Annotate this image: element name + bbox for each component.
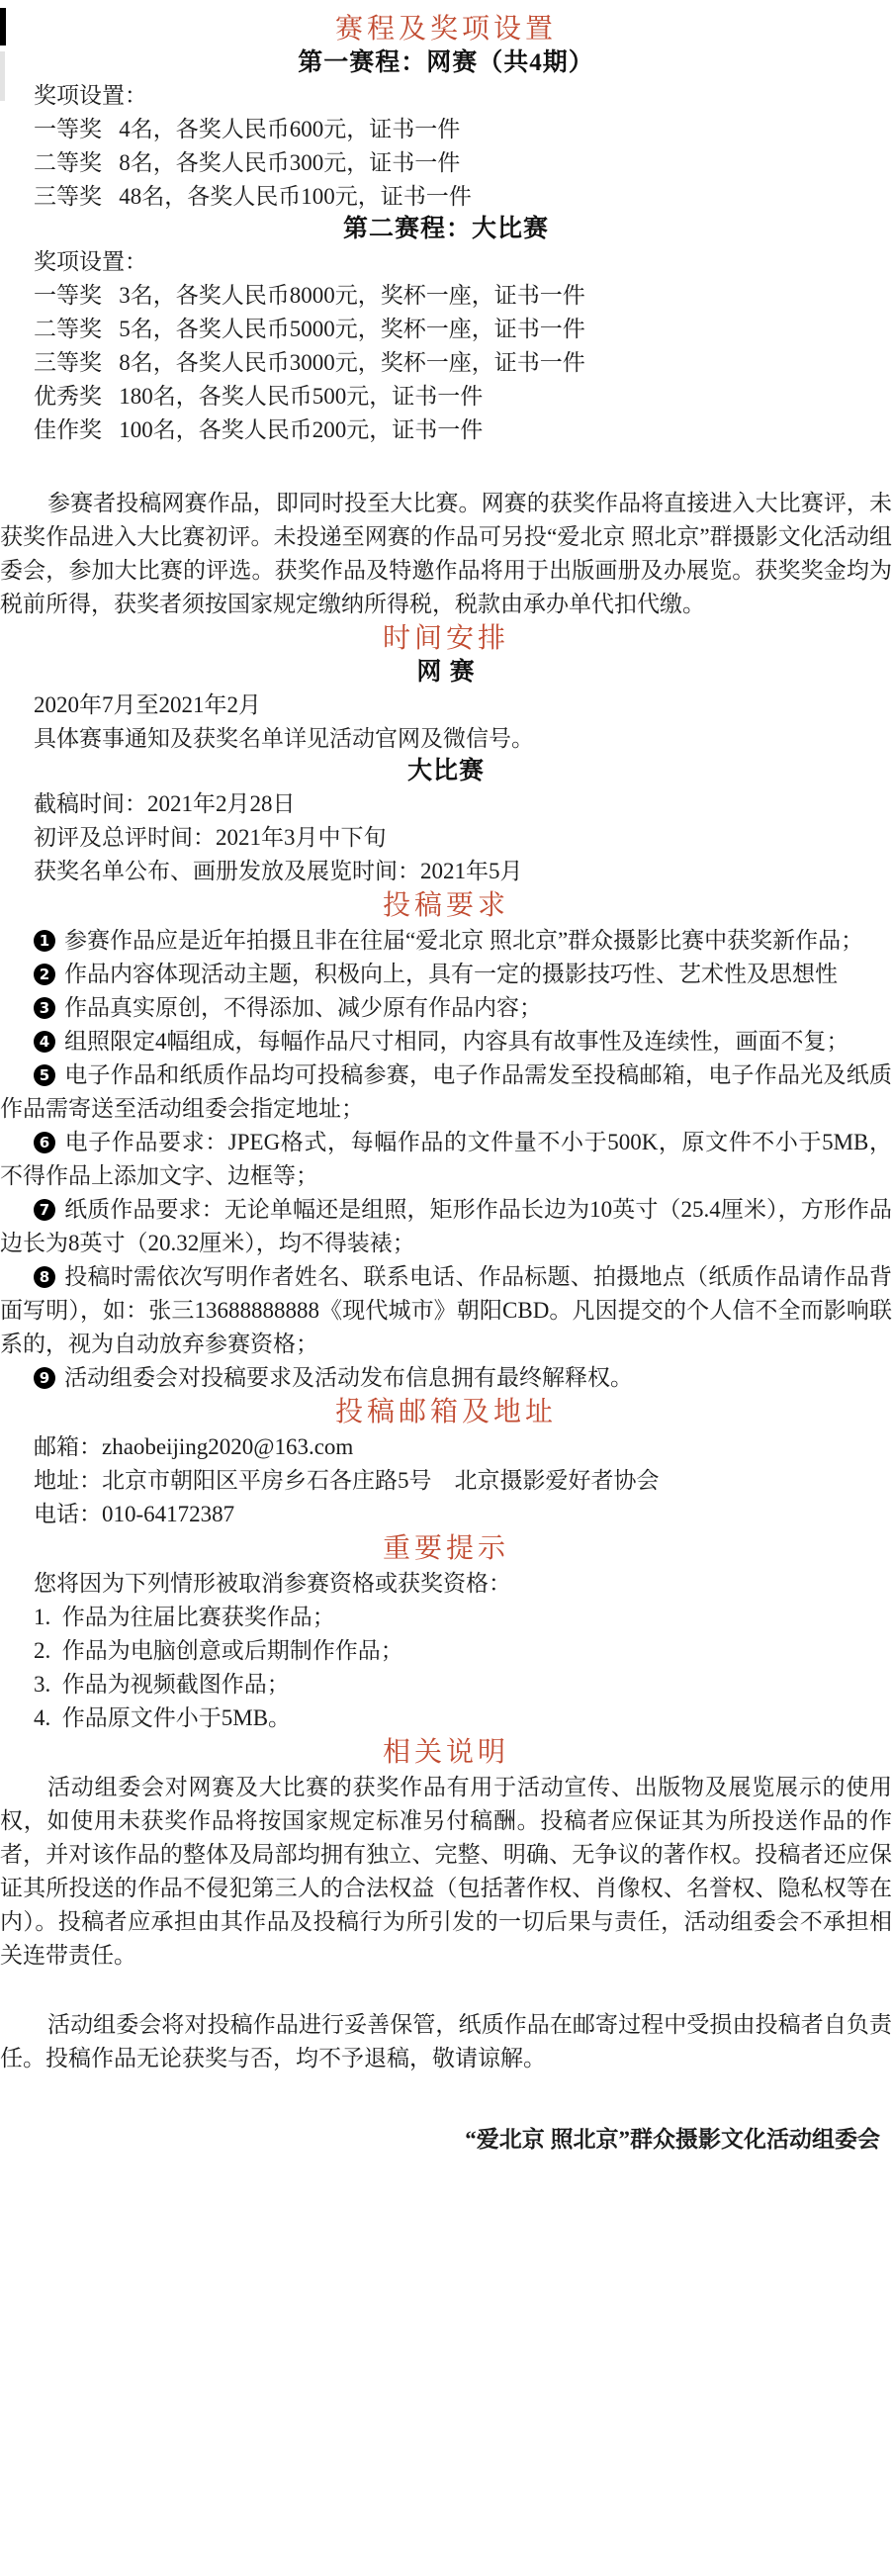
item-number-badge: 3	[34, 997, 55, 1019]
item-number-badge: 2	[34, 964, 55, 985]
requirement-text: 投稿时需依次写明作者姓名、联系电话、作品标题、拍摄地点（纸质作品请作品背面写明）…	[0, 1264, 892, 1356]
section-heading-notes: 相关说明	[0, 1735, 892, 1771]
stage2-awards-label: 奖项设置：	[0, 245, 892, 279]
award-row: 一等奖 3名，各奖人民币8000元，奖杯一座，证书一件	[0, 279, 892, 313]
requirement-text: 活动组委会对投稿要求及活动发布信息拥有最终解释权。	[64, 1365, 633, 1390]
schedule-grand-line: 截稿时间：2021年2月28日	[0, 787, 892, 821]
requirement-item: 7纸质作品要求：无论单幅还是组照，矩形作品长边为10英寸（25.4厘米），方形作…	[0, 1193, 892, 1260]
requirement-item: 9活动组委会对投稿要求及活动发布信息拥有最终解释权。	[0, 1361, 892, 1395]
requirement-item: 2作品内容体现活动主题，积极向上，具有一定的摄影技巧性、艺术性及思想性	[0, 958, 892, 991]
item-number-badge: 9	[34, 1367, 55, 1389]
contact-email-line: 邮箱：zhaobeijing2020@163.com	[0, 1430, 892, 1464]
item-number-badge: 1	[34, 930, 55, 952]
item-number-badge: 4	[34, 1031, 55, 1053]
stage1-title: 第一赛程：网赛（共4期）	[0, 47, 892, 79]
section-heading-awards: 赛程及奖项设置	[0, 12, 892, 47]
section-heading-contact: 投稿邮箱及地址	[0, 1395, 892, 1430]
requirement-item: 4组照限定4幅组成，每幅作品尺寸相同，内容具有故事性及连续性，画面不复；	[0, 1025, 892, 1058]
requirement-item: 5电子作品和纸质作品均可投稿参赛，电子作品需发至投稿邮箱，电子作品光及纸质作品需…	[0, 1058, 892, 1126]
awards-note-paragraph: 参赛者投稿网赛作品，即同时投至大比赛。网赛的获奖作品将直接进入大比赛评，未获奖作…	[0, 487, 892, 621]
requirement-item: 1参赛作品应是近年拍摄且非在往届“爱北京 照北京”群众摄影比赛中获奖新作品；	[0, 924, 892, 958]
item-number-badge: 8	[34, 1266, 55, 1288]
item-number-badge: 5	[34, 1064, 55, 1086]
schedule-online-line: 具体赛事通知及获奖名单详见活动官网及微信号。	[0, 722, 892, 756]
notice-item: 1. 作品为往届比赛获奖作品；	[0, 1601, 892, 1634]
stage2-title: 第二赛程：大比赛	[0, 214, 892, 245]
scan-edge-artifact	[0, 8, 6, 46]
notice-item: 4. 作品原文件小于5MB。	[0, 1702, 892, 1735]
requirement-text: 电子作品要求：JPEG格式，每幅作品的文件量不小于500K，原文件不小于5MB，…	[0, 1130, 892, 1188]
contact-phone-line: 电话：010-64172387	[0, 1498, 892, 1531]
schedule-grand-line: 获奖名单公布、画册发放及展览时间：2021年5月	[0, 855, 892, 888]
schedule-online-title: 网 赛	[0, 657, 892, 689]
award-row: 二等奖 5名，各奖人民币5000元，奖杯一座，证书一件	[0, 313, 892, 346]
requirement-text: 作品真实原创，不得添加、减少原有作品内容；	[64, 995, 542, 1020]
requirement-item: 3作品真实原创，不得添加、减少原有作品内容；	[0, 991, 892, 1025]
award-row: 一等奖 4名，各奖人民币600元，证书一件	[0, 113, 892, 146]
requirement-text: 组照限定4幅组成，每幅作品尺寸相同，内容具有故事性及连续性，画面不复；	[64, 1029, 849, 1054]
schedule-online-line: 2020年7月至2021年2月	[0, 689, 892, 722]
section-heading-schedule: 时间安排	[0, 621, 892, 657]
section-heading-requirements: 投稿要求	[0, 888, 892, 924]
requirement-text: 电子作品和纸质作品均可投稿参赛，电子作品需发至投稿邮箱，电子作品光及纸质作品需寄…	[0, 1062, 892, 1121]
notes-paragraph-2: 活动组委会将对投稿作品进行妥善保管，纸质作品在邮寄过程中受损由投稿者自负责任。投…	[0, 2008, 892, 2075]
schedule-grand-title: 大比赛	[0, 756, 892, 787]
item-number-badge: 7	[34, 1199, 55, 1221]
organizer-signature: “爱北京 照北京”群众摄影文化活动组委会	[0, 2123, 892, 2182]
requirement-item: 6电子作品要求：JPEG格式，每幅作品的文件量不小于500K，原文件不小于5MB…	[0, 1126, 892, 1193]
requirement-text: 纸质作品要求：无论单幅还是组照，矩形作品长边为10英寸（25.4厘米），方形作品…	[0, 1197, 892, 1255]
award-row: 佳作奖 100名，各奖人民币200元，证书一件	[0, 414, 892, 447]
award-row: 二等奖 8名，各奖人民币300元，证书一件	[0, 146, 892, 180]
notice-item: 2. 作品为电脑创意或后期制作作品；	[0, 1634, 892, 1668]
requirement-item: 8投稿时需依次写明作者姓名、联系电话、作品标题、拍摄地点（纸质作品请作品背面写明…	[0, 1260, 892, 1361]
schedule-grand-line: 初评及总评时间：2021年3月中下旬	[0, 821, 892, 855]
award-row: 三等奖 8名，各奖人民币3000元，奖杯一座，证书一件	[0, 346, 892, 380]
section-heading-notice: 重要提示	[0, 1531, 892, 1567]
notes-paragraph-1: 活动组委会对网赛及大比赛的获奖作品有用于活动宣传、出版物及展览展示的使用权，如使…	[0, 1771, 892, 1973]
notice-intro: 您将因为下列情形被取消参赛资格或获奖资格：	[0, 1567, 892, 1601]
document-page: 赛程及奖项设置 第一赛程：网赛（共4期） 奖项设置： 一等奖 4名，各奖人民币6…	[0, 0, 892, 2576]
award-row: 三等奖 48名，各奖人民币100元，证书一件	[0, 180, 892, 214]
notice-item: 3. 作品为视频截图作品；	[0, 1668, 892, 1702]
award-row: 优秀奖 180名，各奖人民币500元，证书一件	[0, 380, 892, 414]
requirement-text: 参赛作品应是近年拍摄且非在往届“爱北京 照北京”群众摄影比赛中获奖新作品；	[64, 928, 863, 953]
contact-address-line: 地址：北京市朝阳区平房乡石各庄路5号 北京摄影爱好者协会	[0, 1464, 892, 1498]
scan-edge-smudge	[0, 51, 5, 101]
requirement-text: 作品内容体现活动主题，积极向上，具有一定的摄影技巧性、艺术性及思想性	[64, 962, 838, 986]
item-number-badge: 6	[34, 1132, 55, 1153]
stage1-awards-label: 奖项设置：	[0, 79, 892, 113]
